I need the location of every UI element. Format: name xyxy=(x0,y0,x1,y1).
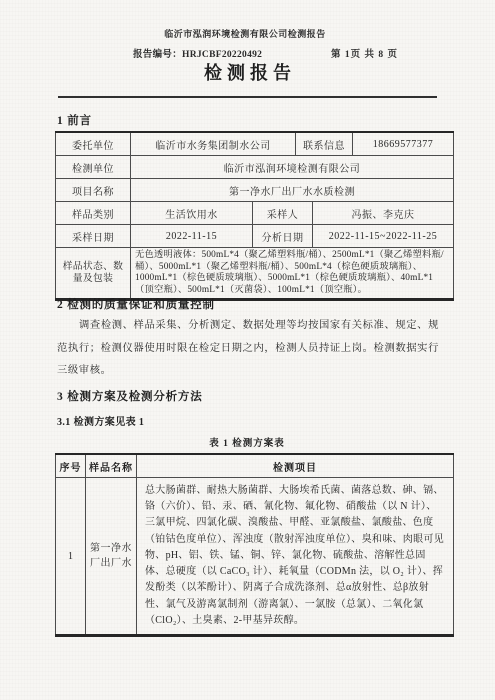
sampler-value: 冯振、李克庆 xyxy=(313,202,454,225)
plan-table-caption: 表 1 检测方案表 xyxy=(48,435,446,449)
lab-value: 临沂市泓润环境检测有限公司 xyxy=(131,156,454,179)
section-3-heading: 3 检测方案及检测分析方法 xyxy=(57,388,203,404)
col-header-items: 检测项目 xyxy=(137,454,454,478)
qa-paragraph: 调查检测、样品采集、分析测定、数据处理等均按国家有关标准、规定、规范执行；检测仪… xyxy=(57,315,439,383)
title-divider xyxy=(58,96,437,98)
report-page: 临沂市泓润环境检测有限公司检测报告 报告编号：HRJCBF20220492 第 … xyxy=(0,0,495,700)
sampling-date-label: 采样日期 xyxy=(56,225,131,248)
sample-state-value: 无色透明液体：500mL*4（聚乙烯塑料瓶/桶）、2500mL*1（聚乙烯塑料瓶… xyxy=(131,248,454,300)
project-label: 项目名称 xyxy=(56,179,131,202)
page-indicator: 第 1页 共 8 页 xyxy=(331,46,398,60)
contact-label: 联系信息 xyxy=(296,132,353,156)
analysis-date-label: 分析日期 xyxy=(253,225,313,248)
sample-type-value: 生活饮用水 xyxy=(131,202,253,225)
report-number: 报告编号：HRJCBF20220492 xyxy=(133,46,262,60)
project-value: 第一净水厂出厂水水质检测 xyxy=(131,179,454,202)
sampling-date-value: 2022-11-15 xyxy=(131,225,253,248)
header-company-line: 临沂市泓润环境检测有限公司检测报告 xyxy=(0,27,490,40)
intro-row-project: 项目名称 第一净水厂出厂水水质检测 xyxy=(56,179,454,202)
section-2-heading: 2 检测的质量保证和质量控制 xyxy=(57,296,215,312)
plan-table-header-row: 序号 样品名称 检测项目 xyxy=(56,454,454,478)
intro-row-dates: 采样日期 2022-11-15 分析日期 2022-11-15~2022-11-… xyxy=(56,225,454,248)
sampler-label: 采样人 xyxy=(253,202,313,225)
sample-type-label: 样品类别 xyxy=(56,202,131,225)
document-title: 检测报告 xyxy=(0,59,495,85)
intro-row-sample-type: 样品类别 生活饮用水 采样人 冯振、李克庆 xyxy=(56,202,454,225)
intro-table: 委托单位 临沂市水务集团制水公司 联系信息 18669577377 检测单位 临… xyxy=(55,131,454,301)
intro-row-client: 委托单位 临沂市水务集团制水公司 联系信息 18669577377 xyxy=(56,132,454,156)
lab-label: 检测单位 xyxy=(56,156,131,179)
section-3-1-heading: 3.1 检测方案见表 1 xyxy=(57,413,144,428)
col-header-sample: 样品名称 xyxy=(86,454,137,478)
plan-row-items: 总大肠菌群、耐热大肠菌群、大肠埃希氏菌、菌落总数、砷、镉、铬（六价）、铅、汞、硒… xyxy=(137,478,454,636)
plan-row-sample: 第一净水厂出厂水 xyxy=(86,478,137,636)
plan-table: 序号 样品名称 检测项目 1 第一净水厂出厂水 总大肠菌群、耐热大肠菌群、大肠埃… xyxy=(55,453,454,637)
plan-row-no: 1 xyxy=(56,478,86,636)
header-meta-row: 报告编号：HRJCBF20220492 第 1页 共 8 页 xyxy=(0,46,495,60)
analysis-date-value: 2022-11-15~2022-11-25 xyxy=(313,225,454,248)
col-header-no: 序号 xyxy=(56,454,86,478)
plan-table-row: 1 第一净水厂出厂水 总大肠菌群、耐热大肠菌群、大肠埃希氏菌、菌落总数、砷、镉、… xyxy=(56,478,454,636)
client-label: 委托单位 xyxy=(56,132,131,156)
client-value: 临沂市水务集团制水公司 xyxy=(131,132,296,156)
sample-state-label: 样品状态、数量及包装 xyxy=(56,248,131,300)
section-1-heading: 1 前言 xyxy=(57,112,92,128)
contact-value: 18669577377 xyxy=(353,132,454,156)
intro-row-sample-state: 样品状态、数量及包装 无色透明液体：500mL*4（聚乙烯塑料瓶/桶）、2500… xyxy=(56,248,454,300)
intro-row-lab: 检测单位 临沂市泓润环境检测有限公司 xyxy=(56,156,454,179)
